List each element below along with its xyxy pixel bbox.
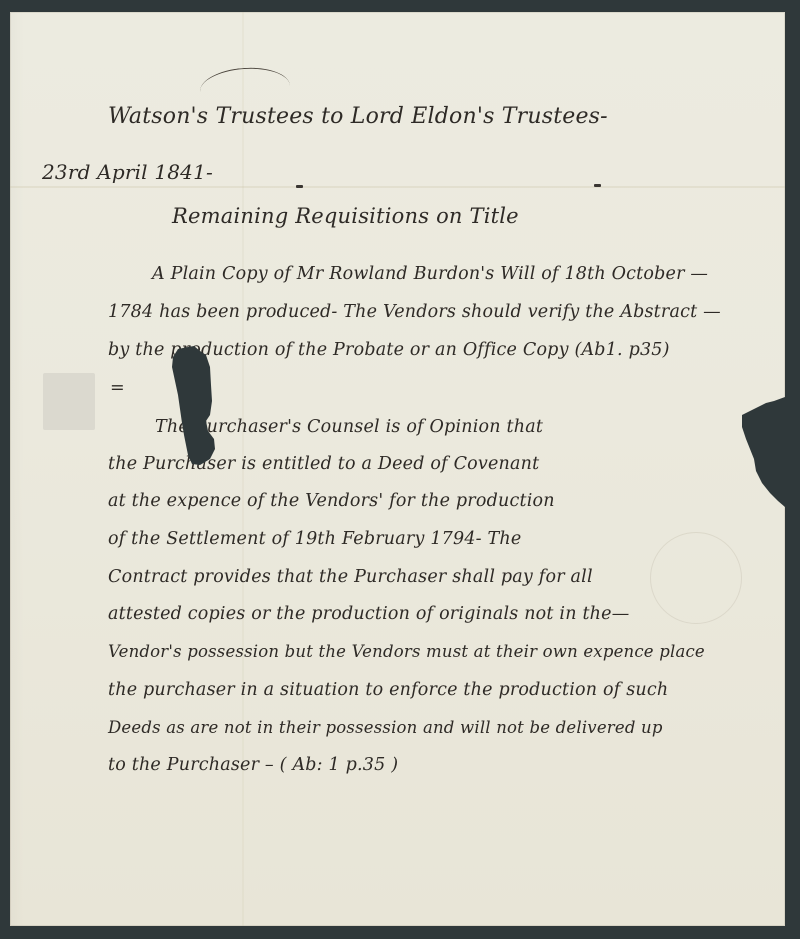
section-heading: Remaining Requisitions on Title [172,204,519,228]
paragraph-2-line-5: Contract provides that the Purchaser sha… [108,567,593,587]
manuscript-page: Watson's Trustees to Lord Eldon's Truste… [10,12,785,926]
document-viewer: Watson's Trustees to Lord Eldon's Truste… [0,0,800,939]
paragraph-2-line-10: to the Purchaser – ( Ab: 1 p.35 ) [108,755,398,775]
burn-hole-left [170,345,226,470]
horizontal-fold-line [10,186,785,188]
paragraph-1-line-2: 1784 has been produced- The Vendors shou… [108,302,721,322]
document-date: 23rd April 1841- [42,160,213,184]
paragraph-2-line-9: Deeds as are not in their possession and… [108,718,663,737]
faint-stamp-mark [650,532,742,624]
paragraph-2-line-6: attested copies or the production of ori… [108,604,629,624]
paper-repair-patch [43,373,95,430]
paragraph-1-line-1: A Plain Copy of Mr Rowland Burdon's Will… [152,264,708,284]
paragraph-2-line-8: the purchaser in a situation to enforce … [108,680,668,700]
paragraph-2-line-7: Vendor's possession but the Vendors must… [108,642,705,661]
paragraph-2-line-4: of the Settlement of 19th February 1794-… [108,529,521,549]
document-title: Watson's Trustees to Lord Eldon's Truste… [108,104,608,129]
fold-mark-left [296,185,303,188]
paragraph-2-line-3: at the expence of the Vendors' for the p… [108,491,555,511]
burn-tear-right [738,397,785,507]
separator-mark: = [110,378,125,398]
fold-mark-right [594,184,601,187]
